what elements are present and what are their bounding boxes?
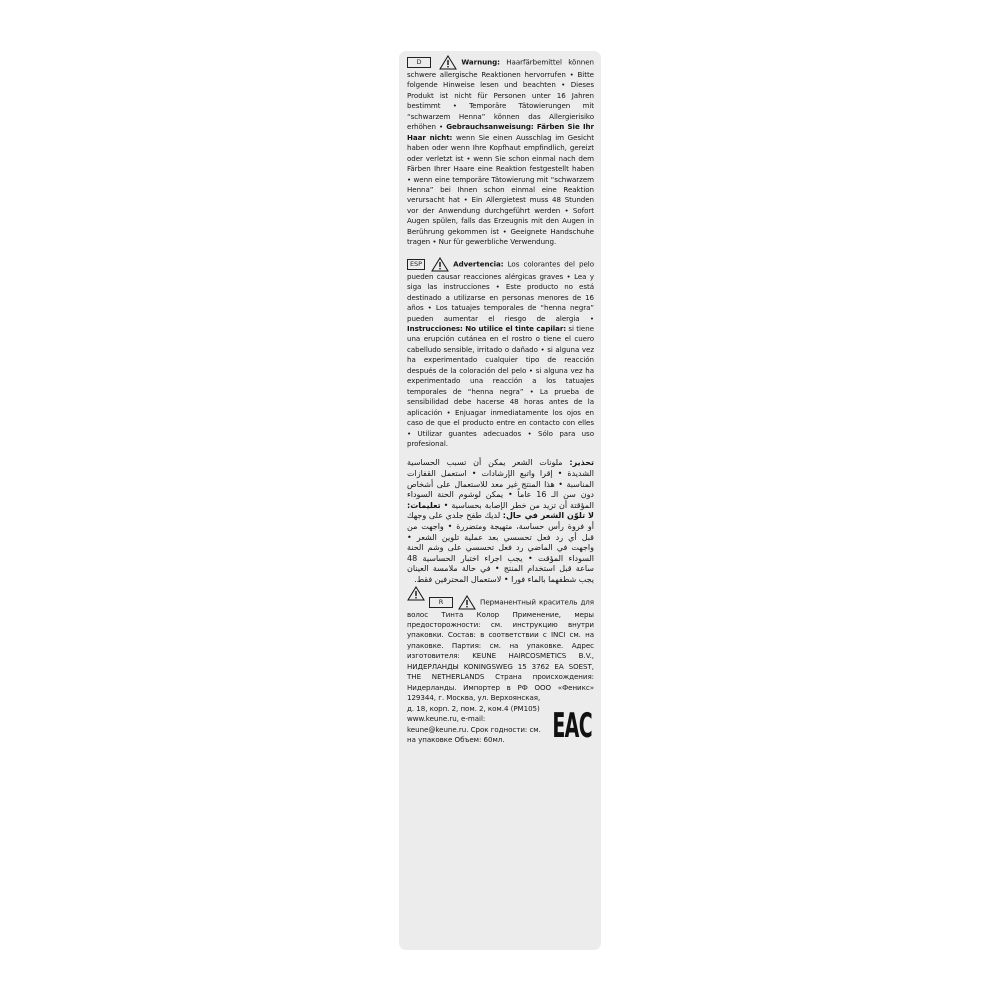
lang-code-box: ESP xyxy=(407,259,425,270)
warning-triangle-icon xyxy=(439,55,457,70)
section-german: D Warnung: Haarfärbemittel können schwer… xyxy=(407,55,594,248)
warning-title: تحذير: xyxy=(569,458,594,467)
eac-certification-mark: EAC xyxy=(552,709,592,743)
instructions-text: wenn Sie einen Ausschlag im Gesicht habe… xyxy=(407,133,594,247)
instructions-title: Instrucciones: No utilice el tinte capil… xyxy=(407,324,566,333)
product-label: D Warnung: Haarfärbemittel können schwer… xyxy=(399,51,601,950)
instructions-text: si tiene una erupción cutánea en el rost… xyxy=(407,324,594,448)
warning-text: Haarfärbemittel können schwere allergisc… xyxy=(407,58,594,132)
section-arabic: تحذير: ملونات الشعر يمكن أن تسبب الحساسي… xyxy=(407,458,594,585)
importer-contact-text: д. 18, корп. 2, пом. 2, ком.4 (PM105) ww… xyxy=(407,704,545,746)
instructions-text: لديك طفح جلدي على وجهك أو فروة رأس حساسة… xyxy=(407,511,594,584)
lang-code-box: R xyxy=(429,597,453,608)
section-spanish: ESP Advertencia: Los colorantes del pelo… xyxy=(407,257,594,450)
warning-triangle-icon xyxy=(458,595,476,610)
lang-code-box: D xyxy=(407,57,431,68)
product-info-text: Перманентный краситель для волос Тинта К… xyxy=(407,597,594,702)
warning-triangle-icon xyxy=(431,257,449,272)
section-russian: R Перманентный краситель для волос Тинта… xyxy=(407,595,594,746)
warning-title: Advertencia: xyxy=(453,259,503,268)
warning-title: Warnung: xyxy=(461,58,500,67)
